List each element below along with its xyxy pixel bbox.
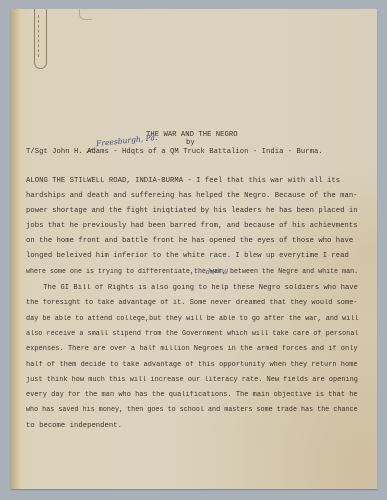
paragraph-line: on the home front and battle front he ha…: [26, 236, 353, 246]
document-byline: T/Sgt John H. Adams - Hdqts of a QM Truc…: [26, 147, 323, 157]
paragraph-line: every day for the man who has the qualif…: [26, 390, 358, 400]
paragraph-line: power shortage and the fight iniqtiated …: [26, 206, 358, 216]
paragraph-line: day be able to attend college,but they w…: [26, 314, 359, 324]
paragraph-line: longed beleived him inferior to the whit…: [26, 251, 349, 261]
paragraph-line: where some one is trying to differentiat…: [26, 267, 358, 277]
paragraph-line: who has saved his money, then goes to sc…: [26, 405, 358, 415]
paragraph-line: the foresight to take advantage of it. S…: [26, 298, 358, 308]
paragraph-line: just think how much this will increase o…: [26, 375, 358, 385]
typewritten-document: THE WAR AND THE NEGRO by Freesburgh, Pa.…: [0, 0, 387, 500]
paragraph-line: also receive a small stipend from the Go…: [26, 329, 359, 339]
paragraph-line: to become independent.: [26, 421, 122, 431]
paragraph-line: jobs that he previously had been barred …: [26, 221, 358, 231]
paragraph-line: The GI Bill of Rights is also going to h…: [26, 283, 358, 293]
paragraph-line: expenses. There are over a half million …: [26, 344, 358, 354]
paragraph-line: ALONG THE STILWELL ROAD, INDIA-BURMA - I…: [26, 176, 340, 186]
handwritten-insertion-annotation: during: [206, 265, 229, 277]
paragraph-line: half of them decide to take advantage of…: [26, 360, 358, 370]
paragraph-line: hardships and death and suffereing has h…: [26, 191, 358, 201]
